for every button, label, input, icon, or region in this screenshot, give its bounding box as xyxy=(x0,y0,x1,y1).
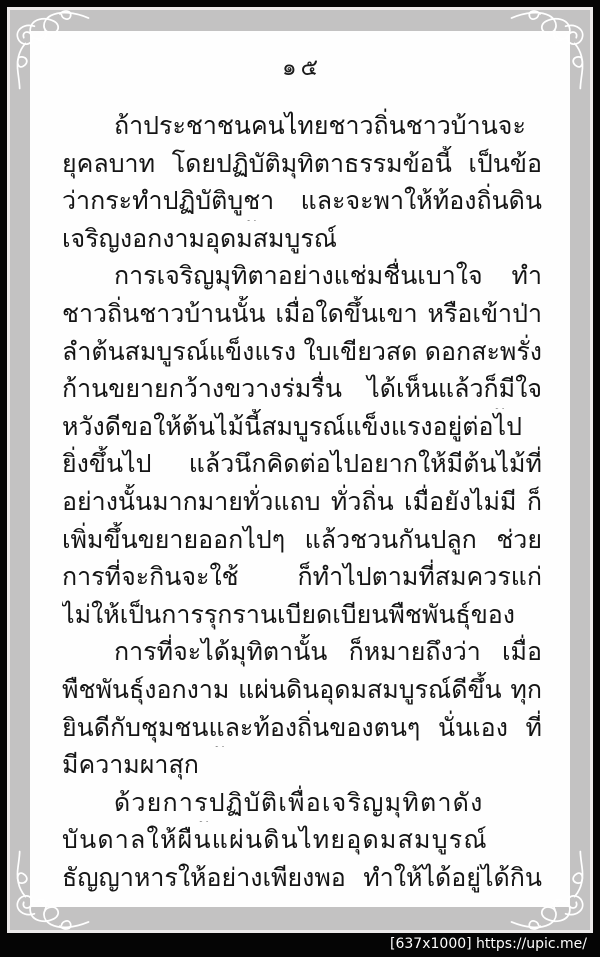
paragraph: ด้วยการปฏิบัติเพื่อเจริญมุทิตาดังกล่าวมา… xyxy=(62,785,542,898)
text-line: หวังดีขอให้ต้นไม้นี้สมบูรณ์แข็งแรงอยู่ต่… xyxy=(62,409,542,447)
paragraph: การที่จะได้มุทิตานั้น ก็หมายถึงว่า เมื่อ… xyxy=(62,634,542,784)
paragraph: การเจริญมุทิตาอย่างแช่มชื่นเบาใจ ทำง่ายๆ… xyxy=(62,258,542,634)
page-text: ถ้าประชาชนคนไทยชาวถิ่นชาวบ้านจะเจริญรอยพ… xyxy=(62,108,542,897)
text-line: บันดาลให้ผืนแผ่นดินไทยอุดมสมบูรณ์ อำนวยพ… xyxy=(62,822,542,860)
watermark-text: [637x1000] https://upic.me/ xyxy=(390,936,587,952)
text-line: ว่ากระทำปฏิบัติบูชา และจะพาให้ท้องถิ่นดิ… xyxy=(62,183,542,221)
watermark-bar: [637x1000] https://upic.me/ xyxy=(7,933,593,957)
text-line: อย่างนั้นมากมายทั่วแถบ ทั่วถิ่น เมื่อยัง… xyxy=(62,484,542,522)
text-line: ธัญญาหารให้อย่างเพียงพอ ทำให้ได้อยู่ได้ก… xyxy=(62,860,542,898)
scanned-book-page: ๑๕ ถ้าประชาชนคนไทยชาวถิ่นชาวบ้านจะเจริญร… xyxy=(0,0,600,957)
text-line: การที่จะกินจะใช้ ก็ทำไปตามที่สมควรแก่เหต… xyxy=(62,559,542,597)
text-line: พืชพันธุ์งอกงาม แผ่นดินอุดมสมบูรณ์ดีขึ้น… xyxy=(62,672,542,710)
text-line: การที่จะได้มุทิตานั้น ก็หมายถึงว่า เมื่อ… xyxy=(62,634,542,672)
text-line: เพิ่มขึ้นขยายออกไปๆ แล้วชวนกันปลูก ช่วยก… xyxy=(62,522,542,560)
text-line: ลำต้นสมบูรณ์แข็งแรง ใบเขียวสด ดอกสะพรั่ง… xyxy=(62,334,542,372)
text-line: ยิ่งขึ้นไป แล้วนึกคิดต่อไปอยากให้มีต้นไม… xyxy=(62,446,542,484)
text-line: ยุคลบาท โดยปฏิบัติมุทิตาธรรมข้อนี้ เป็นข… xyxy=(62,146,542,184)
page-number: ๑๕ xyxy=(62,52,542,82)
text-line: ก้านขยายกว้างขวางร่มรื่น ได้เห็นแล้วก็มี… xyxy=(62,371,542,409)
text-line: ชาวถิ่นชาวบ้านนั้น เมื่อใดขึ้นเขา หรือเข… xyxy=(62,296,542,334)
book-page: ๑๕ ถ้าประชาชนคนไทยชาวถิ่นชาวบ้านจะเจริญร… xyxy=(30,31,570,907)
text-line: ถ้าประชาชนคนไทยชาวถิ่นชาวบ้านจะเจริญรอยพ… xyxy=(62,108,542,146)
text-line: ไม่ให้เป็นการรุกรานเบียดเบียนพืชพันธุ์ขอ… xyxy=(62,597,542,635)
text-line: การเจริญมุทิตาอย่างแช่มชื่นเบาใจ ทำง่ายๆ… xyxy=(62,258,542,296)
text-line: ยินดีกับชุมชนและท้องถิ่นของตนๆ นั่นเอง ท… xyxy=(62,710,542,748)
text-line: เจริญงอกงามอุดมสมบูรณ์ xyxy=(62,221,542,259)
text-line: ด้วยการปฏิบัติเพื่อเจริญมุทิตาดังกล่าวมา… xyxy=(62,785,542,823)
text-line: มีความผาสุก xyxy=(62,747,542,785)
paragraph: ถ้าประชาชนคนไทยชาวถิ่นชาวบ้านจะเจริญรอยพ… xyxy=(62,108,542,258)
